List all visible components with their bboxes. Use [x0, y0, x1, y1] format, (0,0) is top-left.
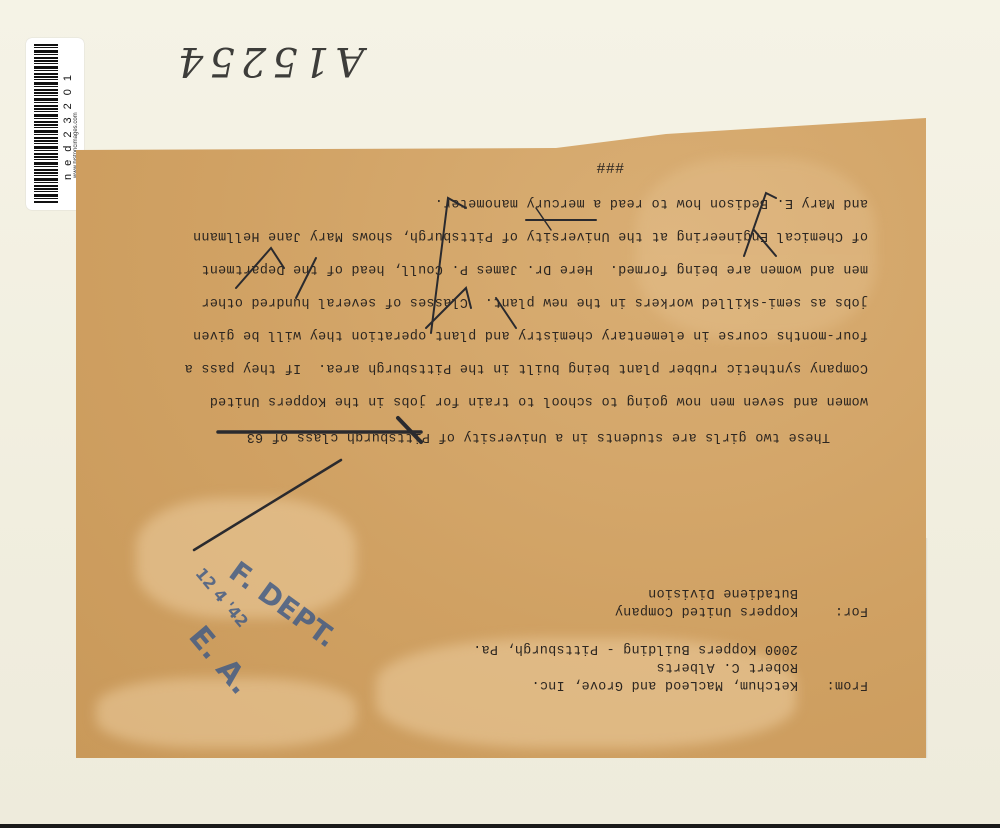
pen-edit-marks — [76, 118, 926, 758]
barcode-sticker: ned23201 www.historicimages.com — [26, 38, 84, 210]
barcode-icon — [34, 44, 58, 204]
photo-back-card: ned23201 www.historicimages.com A15254 F… — [0, 0, 1000, 828]
handwritten-id: A15254 — [168, 38, 368, 84]
caption-slip: From: Ketchum, MacLeod and Grove, Inc. R… — [76, 118, 926, 758]
card-edge — [0, 824, 1000, 828]
